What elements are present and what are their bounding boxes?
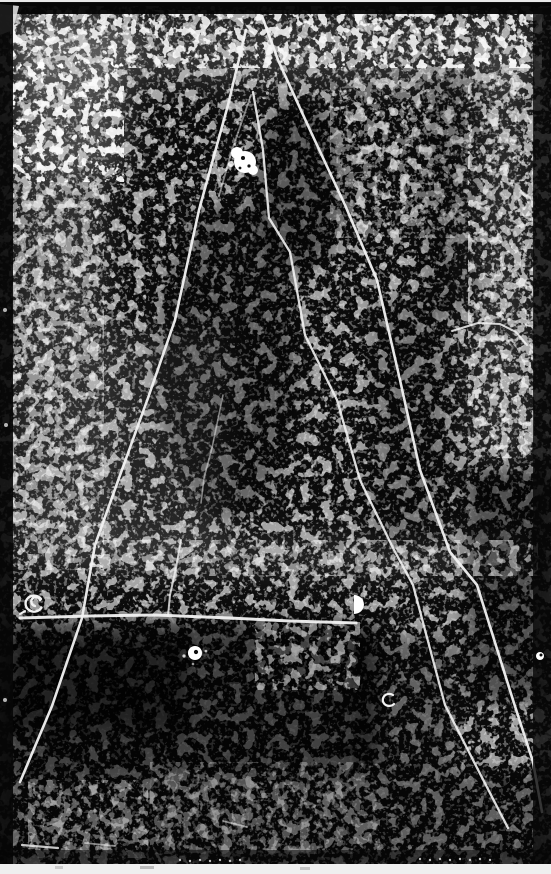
top-plate-edge (0, 2, 551, 14)
print-canvas (0, 0, 551, 874)
left-plate-edge (0, 2, 13, 870)
mark-edge-tick-2 (4, 423, 8, 427)
bottom-plate-edge (0, 850, 551, 864)
mark-edge-dot (536, 652, 544, 660)
paper-margin-bottom (0, 864, 551, 874)
right-plate-edge (533, 8, 551, 866)
paper-fleck-2 (300, 867, 310, 870)
paper-fleck-1 (140, 866, 154, 869)
paper-fleck-3 (55, 866, 63, 869)
mark-edge-tick-1 (3, 308, 7, 312)
mark-edge-tick-3 (3, 698, 7, 702)
artwork-print-letter-a (0, 0, 551, 874)
